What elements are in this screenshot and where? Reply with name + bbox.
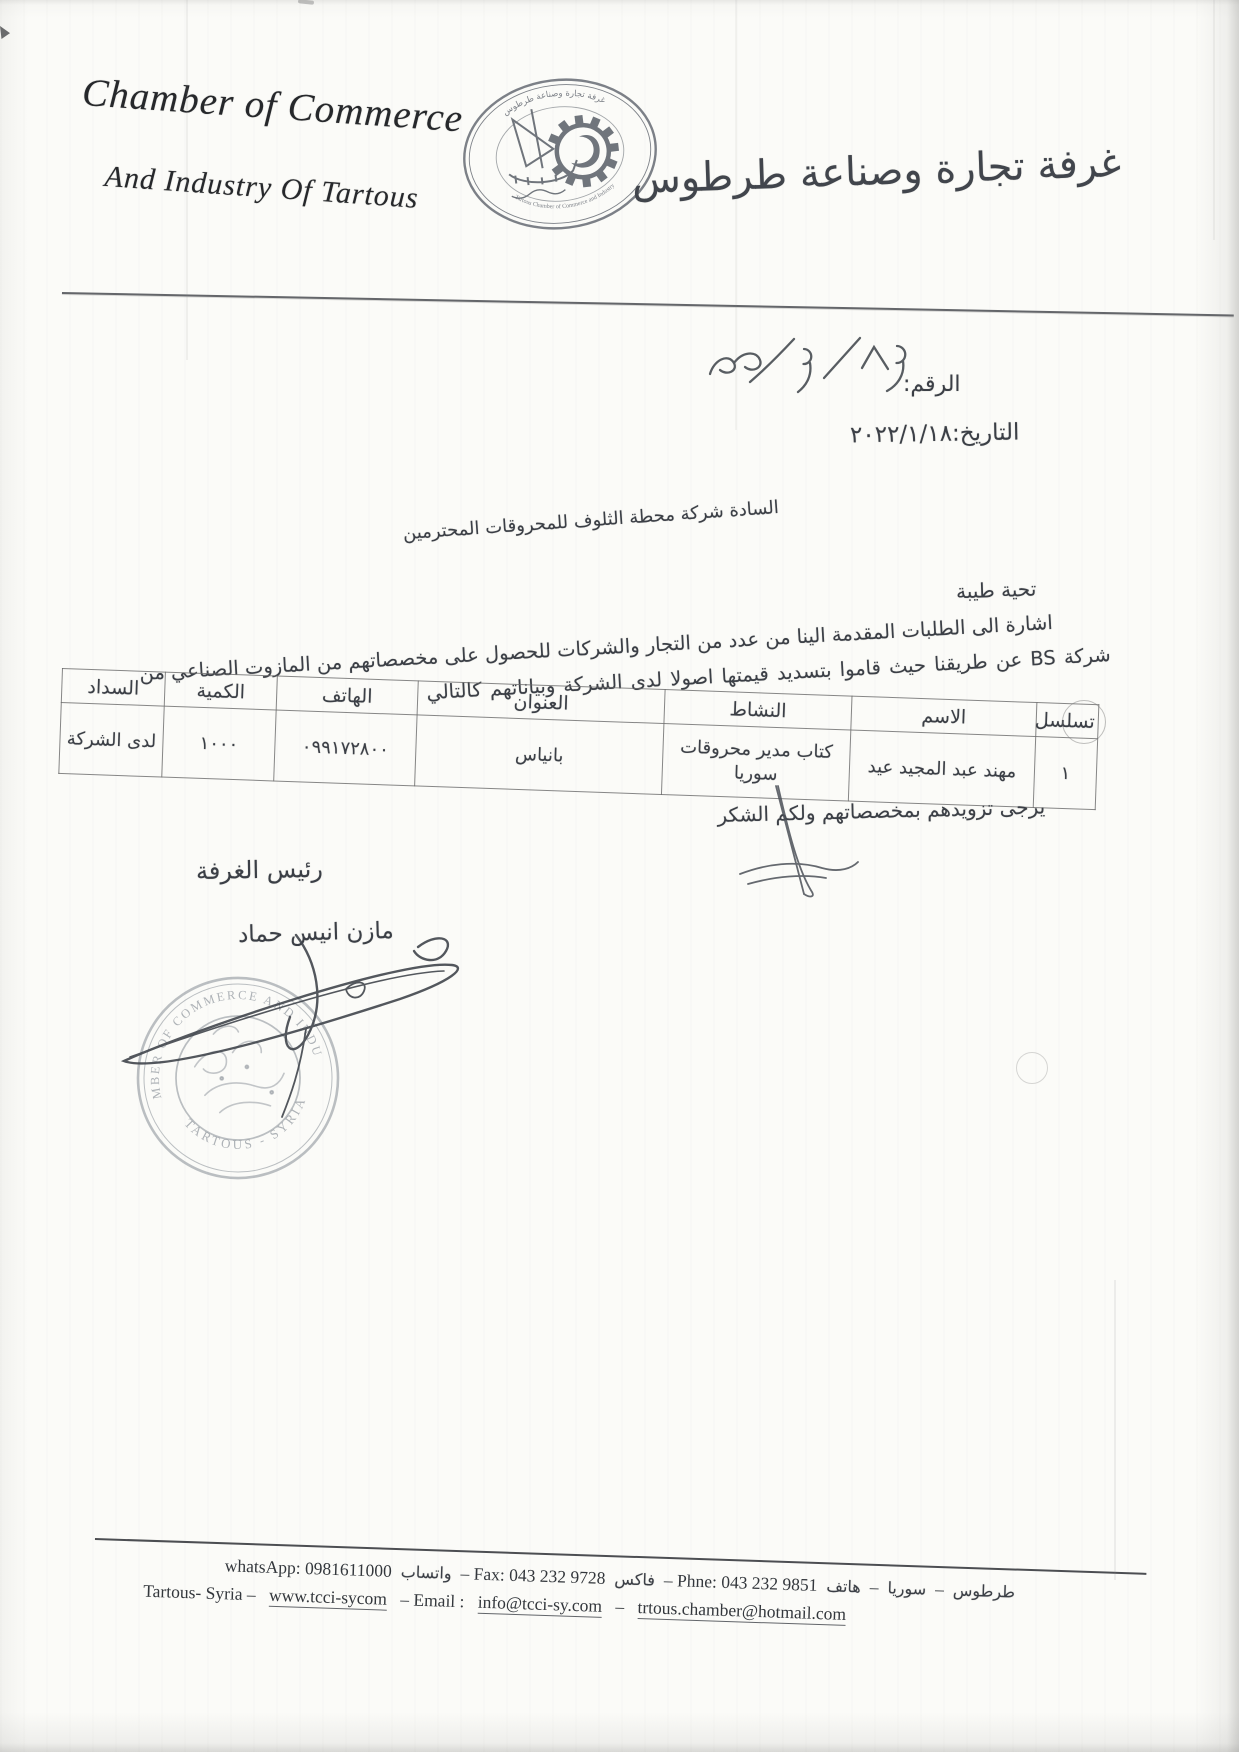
footer-location-english: Tartous- Syria – — [143, 1581, 256, 1606]
scan-streak — [735, 0, 737, 430]
org-title-english-line1: Chamber of Commerce — [81, 70, 465, 142]
scan-speck — [0, 26, 10, 39]
scan-edge-shadow — [0, 0, 1239, 5]
org-title-english-line2: And Industry Of Tartous — [104, 160, 420, 216]
scan-streak — [1114, 1280, 1116, 1580]
svg-text:غرفة تجارة وصناعة طرطوس: غرفة تجارة وصناعة طرطوس — [499, 83, 608, 119]
cell-address: بانياس — [415, 715, 664, 795]
footer-tartous-arabic: طرطوس — [953, 1581, 1016, 1602]
footer-whatsapp-label-arabic: واتساب — [400, 1562, 451, 1583]
recipient-line: السادة شركة محطة الثلوف للمحروقات المحتر… — [489, 497, 780, 538]
footer-email-primary: info@tcci-sy.com — [477, 1592, 602, 1618]
footer-phone-label-arabic: هاتف — [826, 1576, 861, 1596]
footer-dash: – — [935, 1579, 944, 1600]
org-title-arabic: غرفة تجارة وصناعة طرطوس — [700, 140, 1121, 201]
col-header-phone: الهاتف — [276, 676, 418, 715]
logo-ship-icon — [502, 104, 581, 199]
scan-circle-artifact — [1016, 1052, 1048, 1084]
date-line: التاريخ:٢٠٢٢/١/١٨ — [850, 418, 1134, 449]
secondary-signature — [700, 770, 900, 920]
scan-edge-shadow — [1227, 0, 1239, 1752]
allocations-table: تسلسل الاسم النشاط العنوان الهاتف الكمية… — [58, 668, 1099, 810]
col-header-quantity: الكمية — [164, 672, 277, 710]
footer-website-link: www.tcci-sycom — [269, 1585, 388, 1611]
greeting-line: تحية طيبة — [956, 577, 1037, 604]
signatory-title: رئيس الغرفة — [196, 855, 323, 885]
cell-phone: ٠٩٩١٧٢٨٠٠ — [274, 710, 417, 786]
chamber-logo-seal-icon: غرفة تجارة وصناعة طرطوس Tartous Chamber … — [446, 62, 674, 246]
footer-email-secondary: trtous.chamber@hotmail.com — [637, 1597, 846, 1626]
footer-fax-number: – Fax: 043 232 9728 — [460, 1563, 605, 1589]
footer-syria-arabic: سوريا — [887, 1578, 926, 1598]
letterhead-footer: whatsApp: 0981611000 واتساب – Fax: 043 2… — [93, 1538, 1147, 1636]
scan-edge-shadow — [0, 1743, 1239, 1752]
president-signature — [100, 925, 480, 1140]
scanned-letter-page: Chamber of Commerce And Industry Of Tart… — [0, 0, 1239, 1752]
footer-phone-number: – Phne: 043 232 9851 — [664, 1570, 818, 1596]
footer-email-label: – Email : — [400, 1589, 465, 1612]
footer-dash: – — [615, 1596, 624, 1617]
logo-arc-text-top: غرفة تجارة وصناعة طرطوس — [499, 83, 608, 119]
header-separator-rule — [62, 292, 1234, 317]
cell-quantity: ١٠٠٠ — [162, 706, 276, 781]
scan-streak — [186, 0, 188, 360]
footer-dash: – — [869, 1577, 878, 1598]
footer-whatsapp-number: whatsApp: 0981611000 — [224, 1556, 392, 1583]
scan-streak — [1213, 0, 1215, 240]
reference-number-handwriting — [700, 322, 915, 410]
col-header-payment: السداد — [61, 669, 165, 707]
scan-circle-artifact — [1062, 700, 1106, 744]
footer-fax-label-arabic: فاكس — [614, 1569, 655, 1589]
cell-payment: لدى الشركة — [59, 702, 164, 777]
